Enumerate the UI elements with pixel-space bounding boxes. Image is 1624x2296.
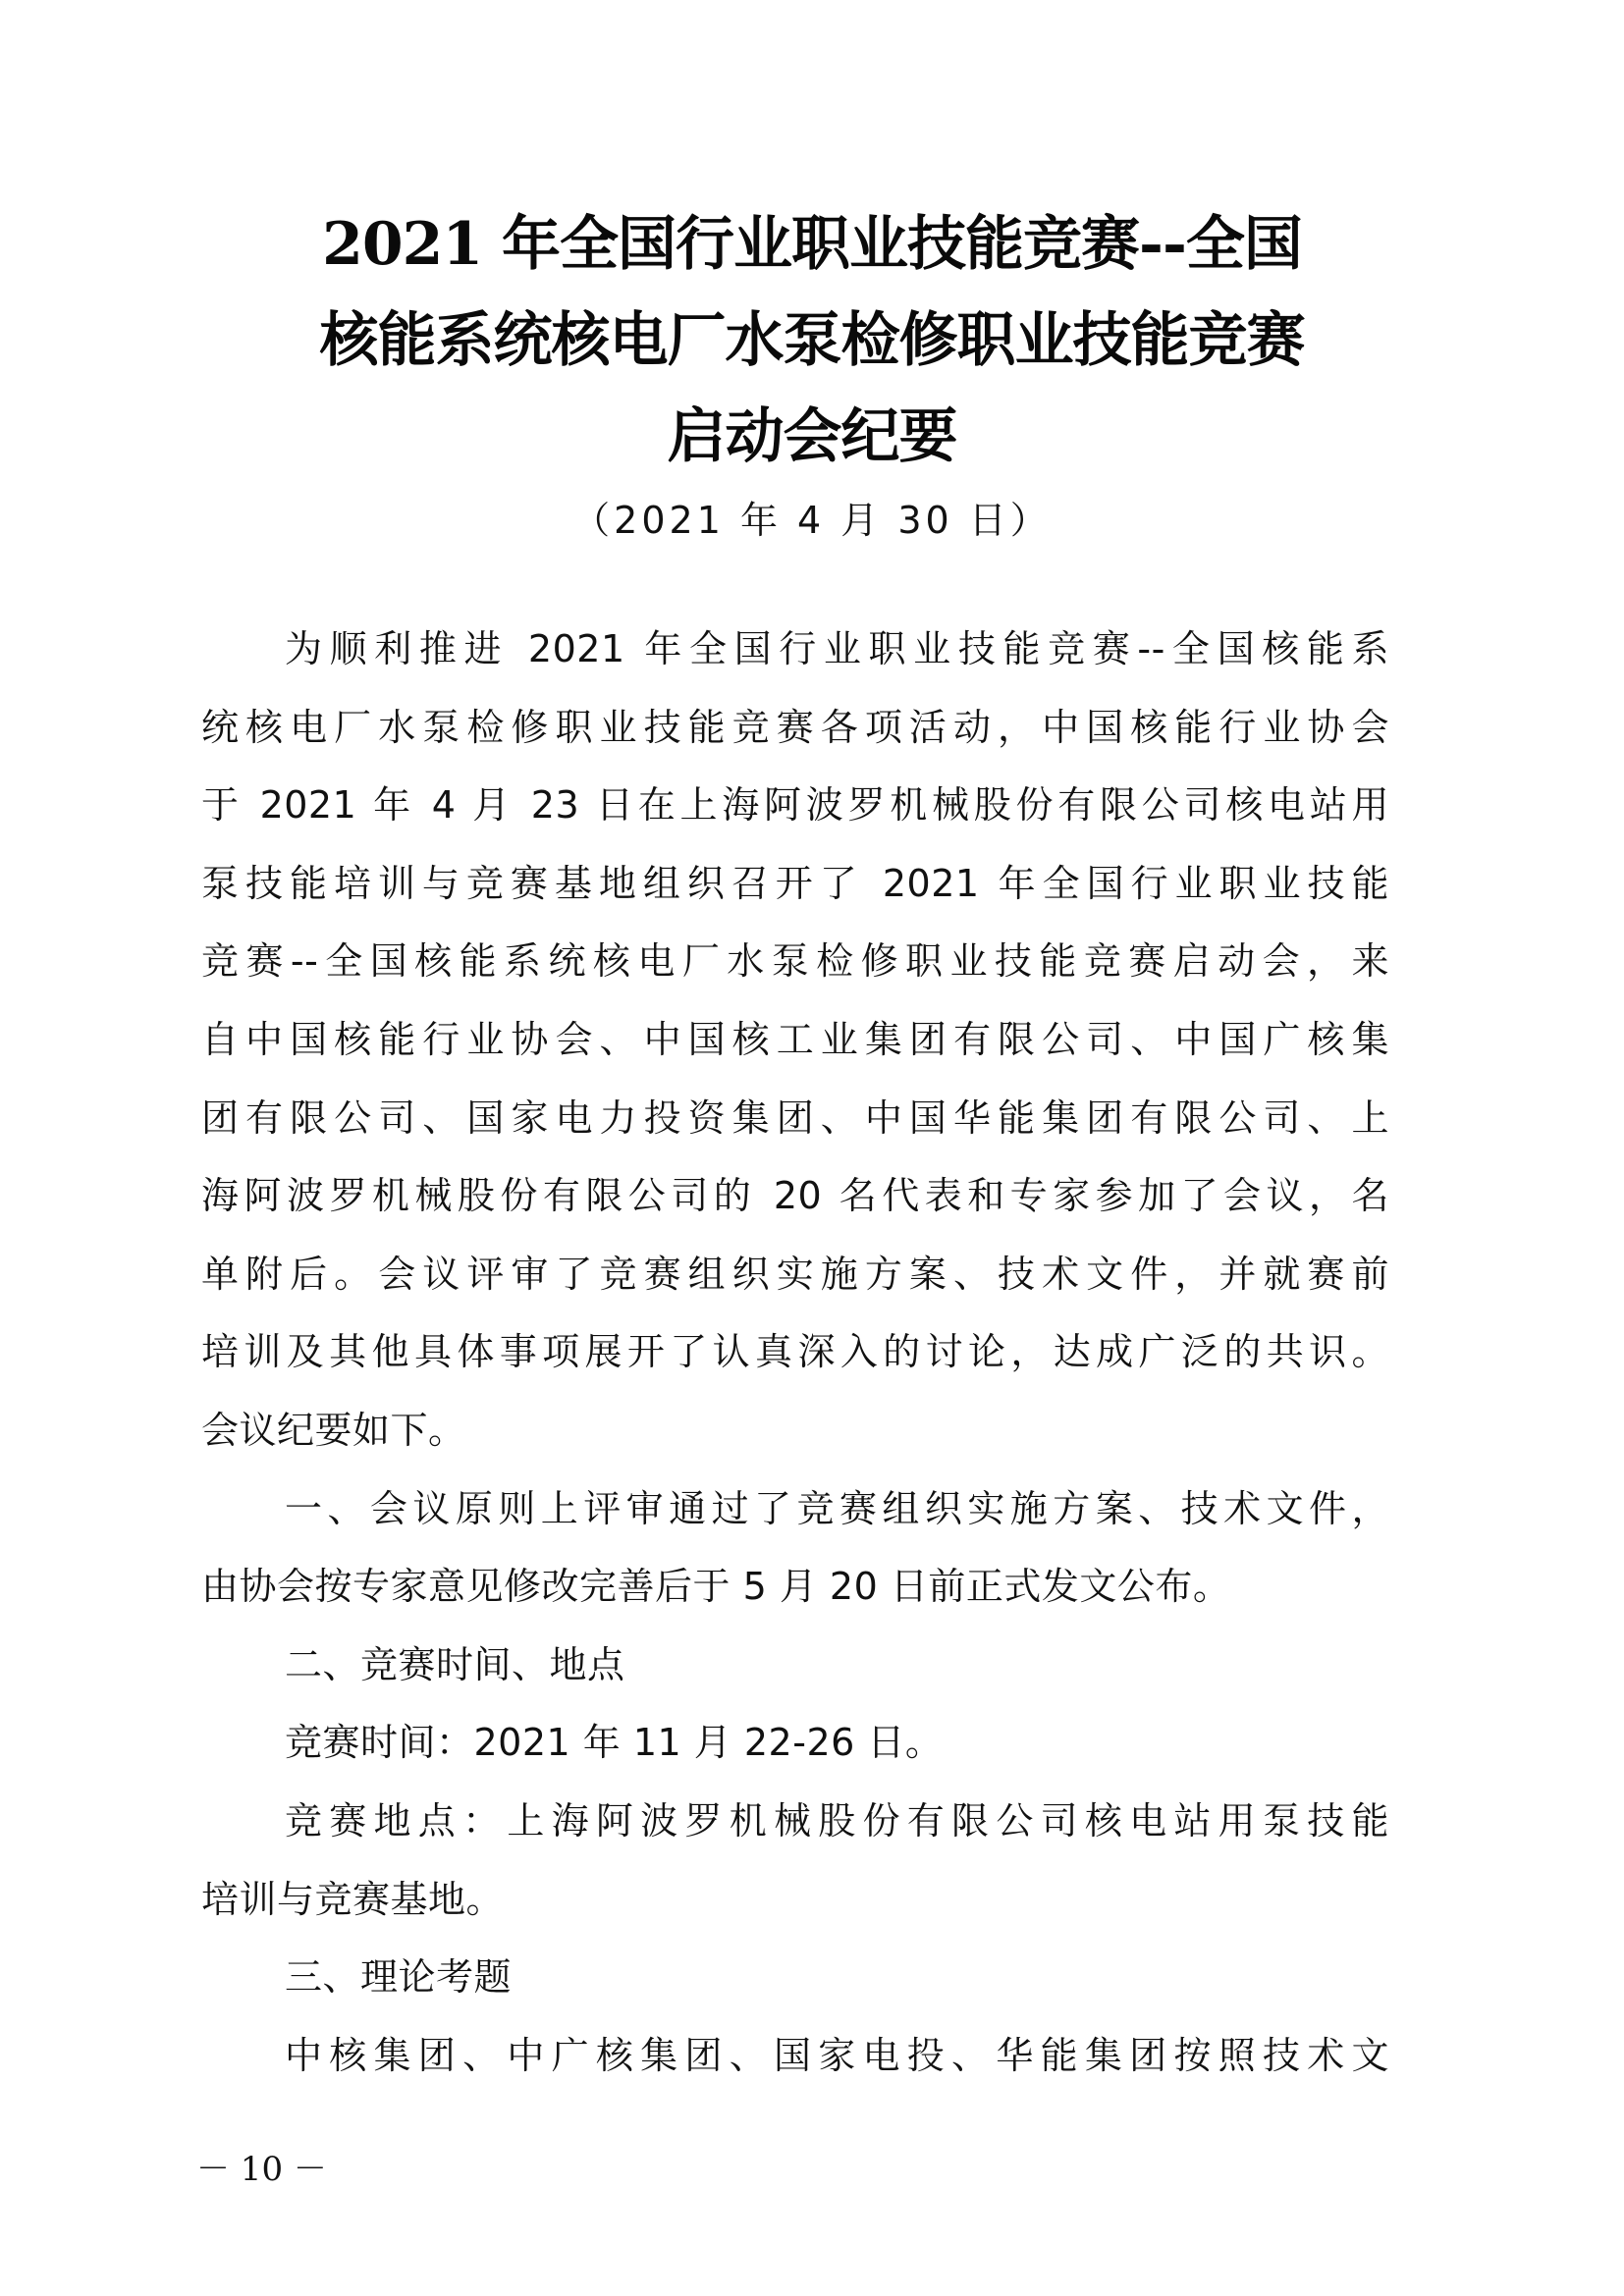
text-line: 为顺利推进 2021 年全国行业职业技能竞赛--全国核能系	[201, 611, 1389, 689]
document-title: 2021 年全国行业职业技能竞赛--全国 核能系统核电厂水泵检修职业技能竞赛 启…	[0, 196, 1624, 485]
text-line: 于 2021 年 4 月 23 日在上海阿波罗机械股份有限公司核电站用	[201, 767, 1389, 845]
document-date: （2021 年 4 月 30 日）	[0, 491, 1624, 550]
text-line: 统核电厂水泵检修职业技能竞赛各项活动，中国核能行业协会	[201, 689, 1389, 768]
text-line: 会议纪要如下。	[201, 1392, 1389, 1470]
text-line: 一、会议原则上评审通过了竞赛组织实施方案、技术文件，	[201, 1470, 1389, 1549]
text-line: 由协会按专家意见修改完善后于 5 月 20 日前正式发文公布。	[201, 1548, 1389, 1627]
paragraph-competition-time: 竞赛时间：2021 年 11 月 22-26 日。	[201, 1704, 1389, 1783]
document-body: 为顺利推进 2021 年全国行业职业技能竞赛--全国核能系 统核电厂水泵检修职业…	[201, 611, 1389, 2095]
text-line: 竞赛--全国核能系统核电厂水泵检修职业技能竞赛启动会，来	[201, 923, 1389, 1001]
paragraph-competition-venue: 竞赛地点：上海阿波罗机械股份有限公司核电站用泵技能 培训与竞赛基地。	[201, 1783, 1389, 1939]
page-number: － 10 －	[196, 2140, 327, 2199]
title-line-1: 2021 年全国行业职业技能竞赛--全国	[0, 196, 1624, 293]
text-line: 竞赛地点：上海阿波罗机械股份有限公司核电站用泵技能	[201, 1783, 1389, 1861]
text-line: 自中国核能行业协会、中国核工业集团有限公司、中国广核集	[201, 1001, 1389, 1080]
section-heading: 二、竞赛时间、地点	[201, 1627, 1389, 1705]
text-line: 竞赛时间：2021 年 11 月 22-26 日。	[201, 1704, 1389, 1783]
text-line: 中核集团、中广核集团、国家电投、华能集团按照技术文	[201, 2017, 1389, 2096]
section-heading: 三、理论考题	[201, 1939, 1389, 2017]
paragraph-item-one: 一、会议原则上评审通过了竞赛组织实施方案、技术文件， 由协会按专家意见修改完善后…	[201, 1470, 1389, 1627]
text-line: 团有限公司、国家电力投资集团、中国华能集团有限公司、上	[201, 1080, 1389, 1158]
paragraph-theory: 中核集团、中广核集团、国家电投、华能集团按照技术文	[201, 2017, 1389, 2096]
text-line: 海阿波罗机械股份有限公司的 20 名代表和专家参加了会议，名	[201, 1157, 1389, 1236]
paragraph-intro: 为顺利推进 2021 年全国行业职业技能竞赛--全国核能系 统核电厂水泵检修职业…	[201, 611, 1389, 1470]
title-line-3: 启动会纪要	[0, 389, 1624, 485]
title-line-2: 核能系统核电厂水泵检修职业技能竞赛	[0, 293, 1624, 389]
document-page: 2021 年全国行业职业技能竞赛--全国 核能系统核电厂水泵检修职业技能竞赛 启…	[0, 0, 1624, 2296]
section-heading-time-place: 二、竞赛时间、地点	[201, 1627, 1389, 1705]
text-line: 泵技能培训与竞赛基地组织召开了 2021 年全国行业职业技能	[201, 845, 1389, 924]
text-line: 培训与竞赛基地。	[201, 1861, 1389, 1940]
section-heading-theory-questions: 三、理论考题	[201, 1939, 1389, 2017]
text-line: 培训及其他具体事项展开了认真深入的讨论，达成广泛的共识。	[201, 1313, 1389, 1392]
text-line: 单附后。会议评审了竞赛组织实施方案、技术文件，并就赛前	[201, 1236, 1389, 1314]
